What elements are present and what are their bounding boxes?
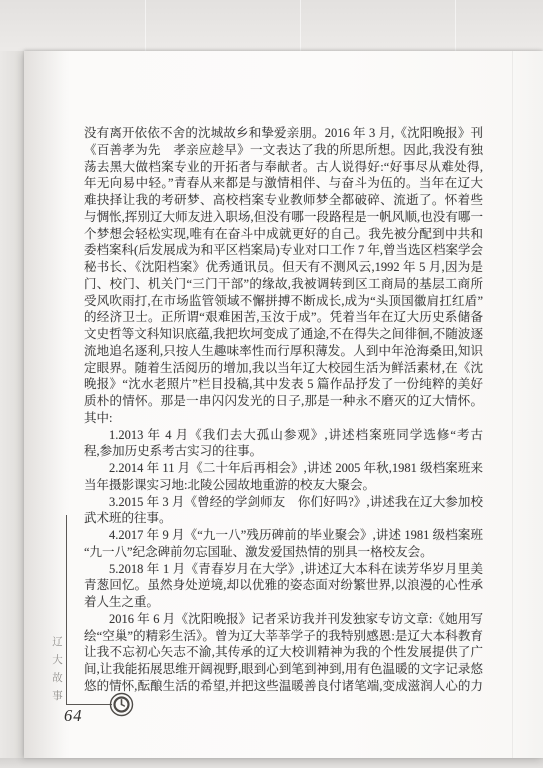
body-line: 年无向易中轻。”青春从来都是与激情相伴、与奋斗为伍的。当年在辽大的艰 [84,175,483,192]
body-line: 2.2014 年 11 月《二十年后再相会》,讲述 2005 年秋,1981 级… [84,460,483,477]
body-line: 程,参加历史系考古实习的往事。 [84,443,483,460]
body-line: 2016 年 6 月《沈阳晚报》记者采访我并刊发独家专访文章:《她用写作描 [84,611,483,628]
photo-backdrop-bottom [0,758,543,768]
body-line: 质朴的情怀。那是一串闪闪发光的日子,那是一种永不磨灭的辽大情怀。 [84,393,483,410]
body-line: 间,让我能拓展思维开阔视野,眼到心到笔到神到,用有色温暖的文字记录悠 [84,661,483,678]
body-text-block: 没有离开依依不舍的沈城故乡和挚爱亲朋。2016 年 3 月,《沈阳晚报》刊登的《… [84,125,483,695]
body-line: 5.2018 年 1 月《青春岁月在大学》,讲述辽大本科在读芳华岁月里美好的 [84,561,483,578]
body-line: 难抉择让我的考研梦、高校档案专业教师梦全都破碎、流逝了。怀着些许伤感 [84,192,483,209]
body-line: 武术班的往事。 [84,510,483,527]
body-line: 晚报》“沈水老照片”栏目投稿,其中发表 5 篇作品抒发了一份纯粹的美好和 [84,376,483,393]
scanned-book-photo: 没有离开依依不舍的沈城故乡和挚爱亲朋。2016 年 3 月,《沈阳晚报》刊登的《… [0,0,543,768]
sidebar-vertical-rule [66,515,67,705]
body-line: 受风吹雨打,在市场监管领域不懈拼搏不断成长,成为“头顶国徽肩扛红盾” [84,293,483,310]
page-number: 64 [64,706,83,726]
body-line: 1.2013 年 4 月《我们去大孤山参观》,讲述档案班同学选修“考古学”课 [84,427,483,444]
body-line: 悠的情怀,酝酿生活的希望,并把这些温暖善良付诸笔端,变成滋润人心的力 [84,678,483,695]
chapter-title-vertical: 辽大故事 [49,636,64,714]
body-line: 着人生之重。 [84,594,483,611]
body-line: 流地追名逐利,只按人生趣味率性而行厚积薄发。人到中年沧海桑田,知识决 [84,343,483,360]
body-line: 青葱回忆。虽然身处逆境,却以优雅的姿态面对纷繁世界,以浪漫的心性承载 [84,577,483,594]
backdrop-streak [145,0,146,51]
body-line: 的经济卫士。正所谓“艰难困苦,玉汝于成”。凭着当年在辽大历史系储备的 [84,309,483,326]
body-line: 委档案科(后发展成为和平区档案局)专业对口工作 7 年,曾当选区档案学会 [84,242,483,259]
body-line: 绘“空巢”的精彩生活》。曾为辽大莘莘学子的我特别感恩:是辽大本科教育 [84,628,483,645]
body-line: 让我不忘初心矢志不渝,其传承的辽大校训精神为我的个性发展提供了广袤空 [84,644,483,661]
body-line: 门、校门、机关门“三门干部”的缘故,我被调转到区工商局的基层工商所接 [84,276,483,293]
book-page: 没有离开依依不舍的沈城故乡和挚爱亲朋。2016 年 3 月,《沈阳晚报》刊登的《… [24,51,543,758]
body-line: 《百善孝为先 孝亲应趁早》一文表达了我的所思所想。因此,我没有独自闯 [84,142,483,159]
body-line: 个梦想会轻松实现,唯有在奋斗中成就更好的自己。我先被分配到中共和平区 [84,226,483,243]
body-line: 3.2015 年 3 月《曾经的学剑师友 你们好吗?》,讲述我在辽大参加校园 [84,494,483,511]
page-edge-line [512,51,513,758]
backdrop-streak [300,0,301,51]
body-line: 4.2017 年 9 月《“九一八”残历碑前的毕业聚会》,讲述 1981 级档案… [84,527,483,544]
body-line: 当年摄影课实习地:北陵公园故地重游的校友大聚会。 [84,477,483,494]
photo-backdrop-top [0,0,543,51]
body-line: 秘书长、《沈阳档案》优秀通讯员。但天有不测风云,1992 年 5 月,因为是家 [84,259,483,276]
body-line: 文史哲等文科知识底蕴,我把坎坷变成了通途,不在得失之间徘徊,不随波逐 [84,326,483,343]
body-line: 荡去黑大做档案专业的开拓者与奉献者。古人说得好:“好事尽从难处得,少 [84,159,483,176]
photo-backdrop-left [0,51,24,758]
body-line: 与惆怅,挥别辽大师友进入职场,但没有哪一段路程是一帆风顺,也没有哪一 [84,209,483,226]
body-line: 定眼界。随着生活阅历的增加,我以当年辽大校园生活为鲜活素材,在《沈阳 [84,360,483,377]
backdrop-streak [455,0,456,51]
body-line: 其中: [84,410,483,427]
body-line: 没有离开依依不舍的沈城故乡和挚爱亲朋。2016 年 3 月,《沈阳晚报》刊登的 [84,125,483,142]
clock-icon [108,691,135,718]
body-line: “九一八”纪念碑前勿忘国耻、激发爱国热情的别具一格校友会。 [84,544,483,561]
footer-horizontal-rule [66,704,112,705]
